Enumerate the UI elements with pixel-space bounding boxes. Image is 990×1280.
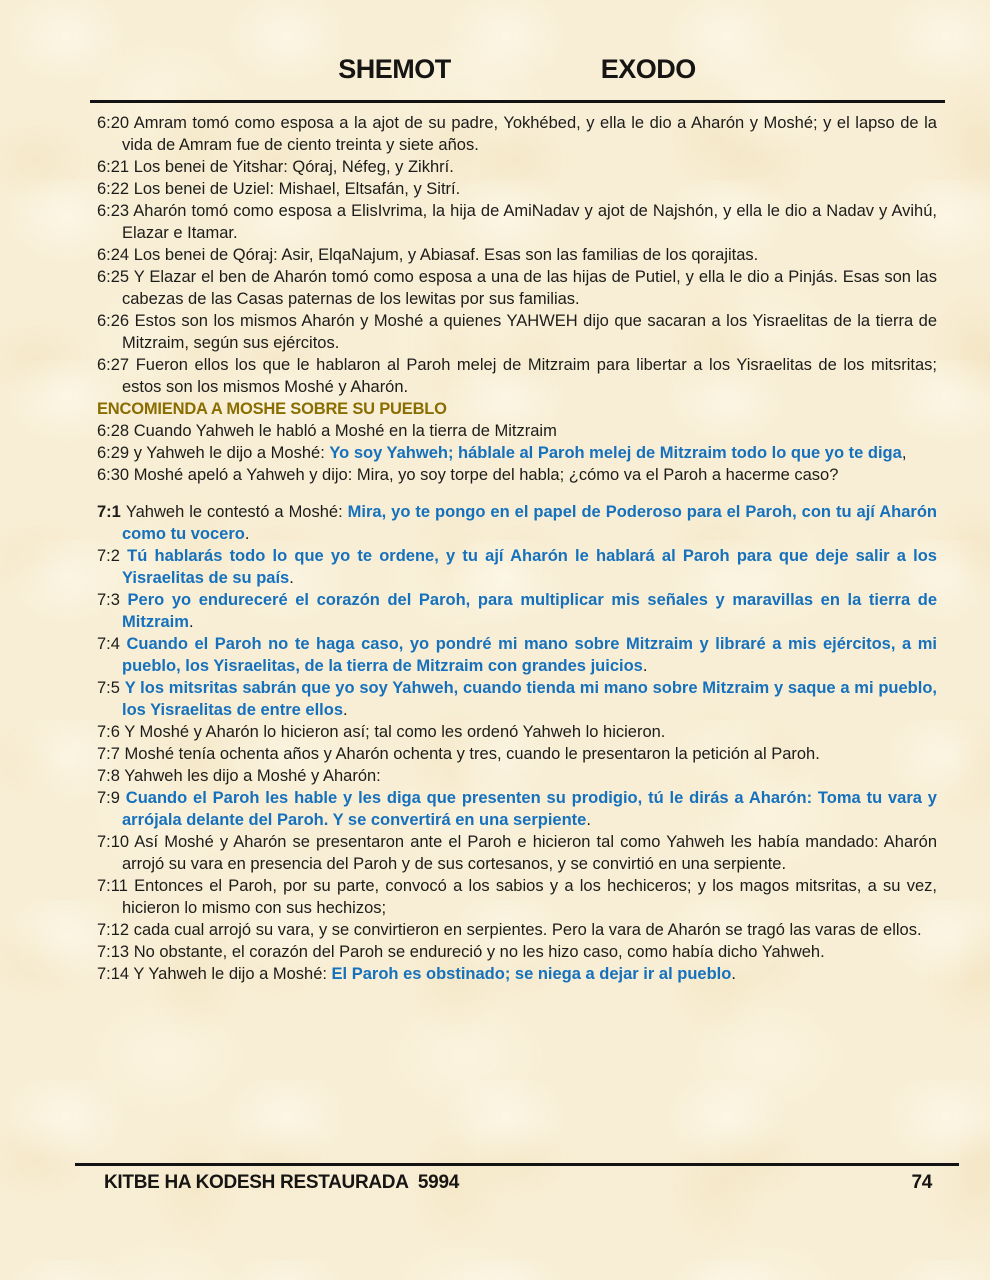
divine-speech-text: Cuando el Paroh no te haga caso, yo pond… [122,635,937,675]
verse-number: 6:26 [97,312,135,330]
verse-7-4: 7:4 Cuando el Paroh no te haga caso, yo … [97,633,937,677]
header-title-exodo: EXODO [601,54,696,85]
verse-text: . [245,525,250,543]
verse-text: Y Yahweh le dijo a Moshé: [133,965,331,983]
divine-speech-text: Yo soy Yahweh; háblale al Paroh melej de… [329,444,901,462]
verses-container: 6:20 Amram tomó como esposa a la ajot de… [97,112,937,985]
verse-6-26: 6:26 Estos son los mismos Aharón y Moshé… [97,310,937,354]
verse-7-8: 7:8 Yahweh les dijo a Moshé y Aharón: [97,765,937,787]
verse-6-24: 6:24 Los benei de Qóraj: Asir, ElqaNajum… [97,244,937,266]
verse-text: cada cual arrojó su vara, y se convirtie… [134,921,922,939]
verse-text: No obstante, el corazón del Paroh se end… [134,943,825,961]
verse-number: 7:1 [97,503,126,521]
verse-number: 6:30 [97,466,134,484]
verse-6-23: 6:23 Aharón tomó como esposa a ElisIvrim… [97,200,937,244]
verse-text: Así Moshé y Aharón se presentaron ante e… [122,833,937,873]
verse-text: Yahweh le contestó a Moshé: [126,503,348,521]
verse-text: Los benei de Qóraj: Asir, ElqaNajum, y A… [134,246,759,264]
verse-text: Entonces el Paroh, por su parte, convocó… [122,877,937,917]
verse-text: . [189,613,194,631]
divine-speech-text: Pero yo endureceré el corazón del Paroh,… [122,591,937,631]
verse-7-5: 7:5 Y los mitsritas sabrán que yo soy Ya… [97,677,937,721]
verse-7-13: 7:13 No obstante, el corazón del Paroh s… [97,941,937,963]
verse-7-12: 7:12 cada cual arrojó su vara, y se conv… [97,919,937,941]
verse-number: 6:21 [97,158,134,176]
verse-6-27: 6:27 Fueron ellos los que le hablaron al… [97,354,937,398]
verse-7-11: 7:11 Entonces el Paroh, por su parte, co… [97,875,937,919]
verse-number: 7:2 [97,547,127,565]
verse-number: 7:8 [97,767,124,785]
verse-text: . [643,657,648,675]
verse-7-9: 7:9 Cuando el Paroh les hable y les diga… [97,787,937,831]
verse-7-14: 7:14 Y Yahweh le dijo a Moshé: El Paroh … [97,963,937,985]
verse-number: 7:3 [97,591,128,609]
verse-text: Amram tomó como esposa a la ajot de su p… [122,114,937,154]
verse-7-2: 7:2 Tú hablarás todo lo que yo te ordene… [97,545,937,589]
verse-number: 6:20 [97,114,134,132]
verse-text: . [731,965,736,983]
footer-page-number: 74 [911,1172,932,1194]
verse-number: 6:27 [97,356,136,374]
footer-rule [75,1163,959,1166]
verse-text: Aharón tomó como esposa a ElisIvrima, la… [122,202,937,242]
verse-number: 7:11 [97,877,134,895]
verse-7-10: 7:10 Así Moshé y Aharón se presentaron a… [97,831,937,875]
verse-number: 6:29 [97,444,134,462]
verse-number: 7:4 [97,635,127,653]
verse-text: . [343,701,348,719]
divine-speech-text: El Paroh es obstinado; se niega a dejar … [332,965,732,983]
verse-number: 6:25 [97,268,134,286]
verse-text: . [586,811,591,829]
page-footer: KITBE HA KODESH RESTAURADA 5994 74 [75,1172,959,1194]
verse-text: Moshé apeló a Yahweh y dijo: Mira, yo so… [134,466,839,484]
verse-6-28: 6:28 Cuando Yahweh le habló a Moshé en l… [97,420,937,442]
verse-number: 7:5 [97,679,125,697]
divine-speech-text: Tú hablarás todo lo que yo te ordene, y … [122,547,937,587]
verse-text: Fueron ellos los que le hablaron al Paro… [122,356,937,396]
verse-text: . [289,569,294,587]
verse-number: 7:12 [97,921,134,939]
verse-6-25: 6:25 Y Elazar el ben de Aharón tomó como… [97,266,937,310]
verse-text: y Yahweh le dijo a Moshé: [134,444,330,462]
verse-7-6: 7:6 Y Moshé y Aharón lo hicieron así; ta… [97,721,937,743]
verse-number: 6:28 [97,422,134,440]
verse-number: 7:14 [97,965,133,983]
verse-number: 7:9 [97,789,126,807]
header-title-shemot: SHEMOT [338,54,451,85]
verse-number: 7:10 [97,833,134,851]
verse-text: Moshé tenía ochenta años y Aharón ochent… [125,745,820,763]
verse-6-21: 6:21 Los benei de Yitshar: Qóraj, Néfeg,… [97,156,937,178]
verse-text: Cuando Yahweh le habló a Moshé en la tie… [134,422,557,440]
verse-7-7: 7:7 Moshé tenía ochenta años y Aharón oc… [97,743,937,765]
verse-text: Y Elazar el ben de Aharón tomó como espo… [122,268,937,308]
verse-6-29: 6:29 y Yahweh le dijo a Moshé: Yo soy Ya… [97,442,937,464]
verse-number: 7:13 [97,943,134,961]
verse-text: , [902,444,907,462]
verse-text: Yahweh les dijo a Moshé y Aharón: [124,767,381,785]
verse-number: 7:6 [97,723,124,741]
verse-text: Los benei de Uziel: Mishael, Eltsafán, y… [134,180,461,198]
header-rule [90,100,945,103]
verse-6-20: 6:20 Amram tomó como esposa a la ajot de… [97,112,937,156]
verse-number: 6:22 [97,180,134,198]
section-heading: ENCOMIENDA A MOSHE SOBRE SU PUEBLO [97,398,937,420]
verse-6-22: 6:22 Los benei de Uziel: Mishael, Eltsaf… [97,178,937,200]
chapter-gap [97,486,937,501]
footer-book-label: KITBE HA KODESH RESTAURADA 5994 [104,1172,459,1194]
verse-number: 6:23 [97,202,133,220]
verse-text: Y Moshé y Aharón lo hicieron así; tal co… [124,723,665,741]
verse-7-3: 7:3 Pero yo endureceré el corazón del Pa… [97,589,937,633]
scripture-page: SHEMOT EXODO 6:20 Amram tomó como esposa… [0,0,990,1280]
verse-text: Estos son los mismos Aharón y Moshé a qu… [122,312,937,352]
verse-6-30: 6:30 Moshé apeló a Yahweh y dijo: Mira, … [97,464,937,486]
page-header: SHEMOT EXODO [97,54,937,85]
divine-speech-text: Y los mitsritas sabrán que yo soy Yahweh… [122,679,937,719]
verse-text: Los benei de Yitshar: Qóraj, Néfeg, y Zi… [134,158,454,176]
verse-7-1: 7:1 Yahweh le contestó a Moshé: Mira, yo… [97,501,937,545]
verse-number: 6:24 [97,246,134,264]
divine-speech-text: Cuando el Paroh les hable y les diga que… [122,789,937,829]
verse-number: 7:7 [97,745,125,763]
